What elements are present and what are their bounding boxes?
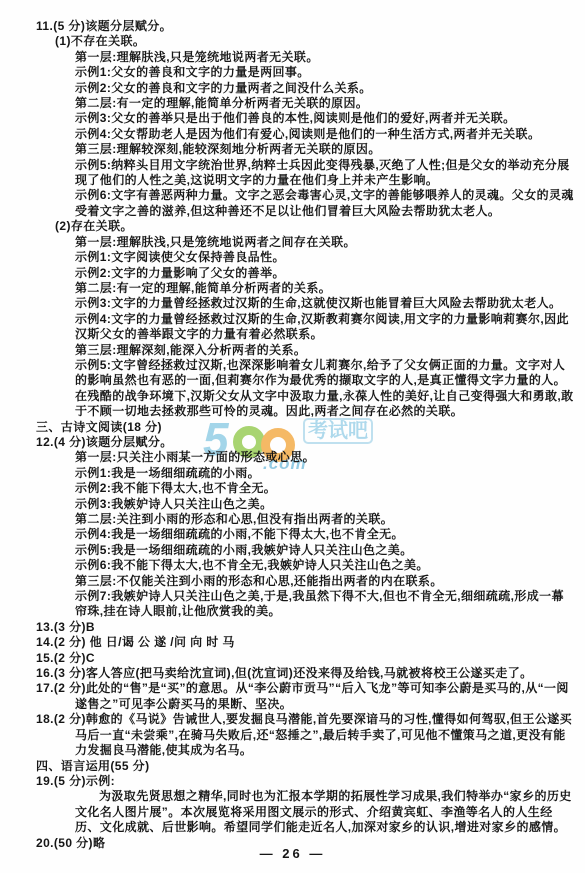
text-line: 第二层:有一定的理解,能简单分析两者的关系。 (75, 281, 574, 296)
page-number: — 26 — (0, 846, 585, 861)
text-line: 示例1:文字阅读使父女保持善良品性。 (75, 250, 574, 265)
text-line: 示例6:文字有善恶两种力量。文字之恶会毒害心灵,文字的善能够喂养人的灵魂。父女的… (75, 188, 574, 219)
text-line: 第三层:理解深刻,能深入分析两者的关系。 (75, 343, 574, 358)
text-line: 示例5:我是一场细细疏疏的小雨,我嫉妒诗人只关注山色之美。 (75, 543, 574, 558)
text-line: 第一层:只关注小雨某一方面的形态或心思。 (75, 450, 574, 465)
text-line: 第一层:理解肤浅,只是笼统地说两者之间存在关联。 (75, 235, 574, 250)
text-line: 第三层:不仅能关注到小雨的形态和心思,还能指出两者的内在联系。 (75, 574, 574, 589)
text-line: 16.(3 分)客人答应(把马卖给沈宣词),但(沈宣词)还没来得及给钱,马就被将… (36, 666, 574, 681)
text-line: 13.(3 分)B (36, 620, 574, 635)
text-line: 示例4:文字的力量曾经拯救过汉斯的生命,汉斯教莉赛尔阅读,用文字的力量影响莉赛尔… (75, 312, 574, 343)
text-line: 18.(2 分)韩愈的《马说》告诫世人,要发掘良马潜能,首先要深谙马的习性,懂得… (36, 712, 574, 758)
scanned-answer-page: 5 .com 考试吧 11.(5 分)该题分层赋分。(1)不存在关联。第一层:理… (0, 0, 585, 873)
text-line: 11.(5 分)该题分层赋分。 (36, 19, 574, 34)
text-line: 14.(2 分) 他 日/谒 公 遂 /问 向 时 马 (36, 635, 574, 650)
text-line: 17.(2 分)此处的“售”是“买”的意思。从“李公蔚市贡马”“后入飞龙”等可知… (36, 681, 574, 712)
text-line: 12.(4 分)该题分层赋分。 (36, 435, 574, 450)
text-line: 示例6:我不能下得太大,也不肯全无,我嫉妒诗人只关注山色之美。 (75, 558, 574, 573)
text-line: 示例3:父女的善举只是出于他们善良的本性,阅读则是他们的爱好,两者并无关联。 (75, 111, 574, 126)
text-line: 示例2:文字的力量影响了父女的善举。 (75, 266, 574, 281)
answer-lines: 11.(5 分)该题分层赋分。(1)不存在关联。第一层:理解肤浅,只是笼统地说两… (36, 19, 574, 851)
text-line: 示例1:我是一场细细疏疏的小雨。 (75, 466, 574, 481)
text-line: 第二层:有一定的理解,能简单分析两者无关联的原因。 (75, 96, 574, 111)
text-line: 示例2:父女的善良和文字的力量两者之间没什么关系。 (75, 81, 574, 96)
text-line: 示例5:文字曾经拯救过汉斯,也深深影响着女儿莉赛尔,给予了父女俩正面的力量。文字… (75, 358, 574, 420)
text-line: 19.(5 分)示例: (36, 774, 574, 789)
text-line: 三、古诗文阅读(18 分) (36, 420, 574, 435)
text-line: 示例5:纳粹头目用文字统治世界,纳粹士兵因此变得残暴,灭绝了人性;但是父女的举动… (75, 158, 574, 189)
text-line: (2)存在关联。 (55, 219, 574, 234)
text-line: 示例1:父女的善良和文字的力量是两回事。 (75, 65, 574, 80)
text-line: 第三层:理解较深刻,能较深刻地分析两者无关联的原因。 (75, 142, 574, 157)
text-line: 第一层:理解肤浅,只是笼统地说两者无关联。 (75, 50, 574, 65)
text-line: 示例3:文字的力量曾经拯救过汉斯的生命,这就使汉斯也能冒着巨大风险去帮助犹太老人… (75, 296, 574, 311)
text-line: (1)不存在关联。 (55, 34, 574, 49)
text-line: 示例7:我嫉妒诗人只关注山色之美,于是,我虽然下得不大,但也不肯全无,细细疏疏,… (75, 589, 574, 620)
text-line: 示例2:我不能下得太大,也不肯全无。 (75, 481, 574, 496)
text-line: 为汲取先贤思想之精华,同时也为汇报本学期的拓展性学习成果,我们特举办“家乡的历史… (75, 789, 574, 835)
text-line: 示例3:我嫉妒诗人只关注山色之美。 (75, 497, 574, 512)
text-line: 四、语言运用(55 分) (36, 759, 574, 774)
text-line: 15.(2 分)C (36, 651, 574, 666)
text-line: 示例4:我是一场细细疏疏的小雨,不能下得太大,也不肯全无。 (75, 527, 574, 542)
text-line: 第二层:关注到小雨的形态和心思,但没有指出两者的关联。 (75, 512, 574, 527)
text-line: 示例4:父女帮助老人是因为他们有爱心,阅读则是他们的一种生活方式,两者并无关联。 (75, 127, 574, 142)
